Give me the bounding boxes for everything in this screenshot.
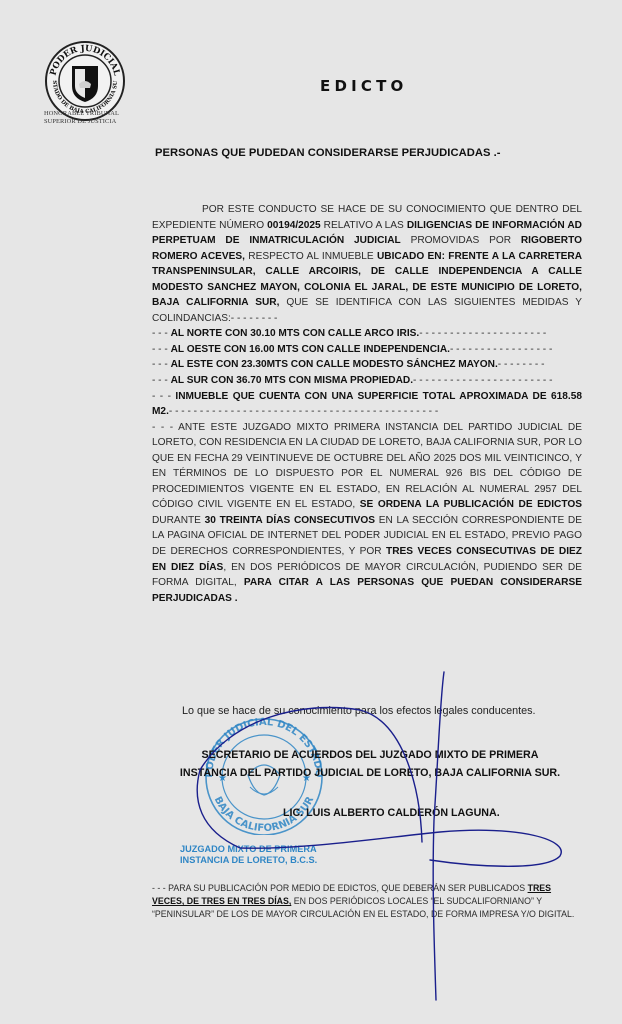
signatory-title-line2: INSTANCIA DEL PARTIDO JUDICIAL DE LORETO…	[165, 764, 575, 782]
addressee-heading: PERSONAS QUE PUDEDAN CONSIDERARSE PERJUD…	[155, 147, 501, 159]
publication-note: - - - PARA SU PUBLICACIÓN POR MEDIO DE E…	[152, 882, 582, 921]
colindancia-este: - - - AL ESTE CON 23.30MTS CON CALLE MOD…	[152, 357, 582, 373]
signatory-title: SECRETARIO DE ACUERDOS DEL JUZGADO MIXTO…	[165, 746, 575, 782]
signatory-name: LIC. LUIS ALBERTO CALDERÓN LAGUNA.	[283, 807, 500, 819]
paragraph-intro: POR ESTE CONDUCTO SE HACE DE SU CONOCIMI…	[152, 202, 582, 326]
document-title: EDICTO	[320, 77, 407, 95]
colindancia-sur: - - - AL SUR CON 36.70 MTS CON MISMA PRO…	[152, 373, 582, 389]
superficie-total: - - - INMUEBLE QUE CUENTA CON UNA SUPERF…	[152, 389, 582, 420]
logo-caption-line2: SUPERIOR DE JUSTICIA	[44, 118, 134, 126]
stamp-court-label: JUZGADO MIXTO DE PRIMERA INSTANCIA DE LO…	[180, 844, 317, 866]
expediente-number: 00194/2025	[267, 220, 321, 231]
paragraph-order: - - - ANTE ESTE JUZGADO MIXTO PRIMERA IN…	[152, 420, 582, 607]
edict-body: POR ESTE CONDUCTO SE HACE DE SU CONOCIMI…	[152, 202, 582, 606]
logo-caption-line1: HONORABLE TRIBUNAL	[44, 110, 134, 118]
colindancia-oeste: - - - AL OESTE CON 16.00 MTS CON CALLE I…	[152, 342, 582, 358]
closing-line: Lo que se hace de su conocimiento para l…	[182, 705, 582, 717]
signatory-title-line1: SECRETARIO DE ACUERDOS DEL JUZGADO MIXTO…	[165, 746, 575, 764]
colindancia-norte: - - - AL NORTE CON 30.10 MTS CON CALLE A…	[152, 326, 582, 342]
logo-caption: HONORABLE TRIBUNAL SUPERIOR DE JUSTICIA	[44, 110, 134, 126]
